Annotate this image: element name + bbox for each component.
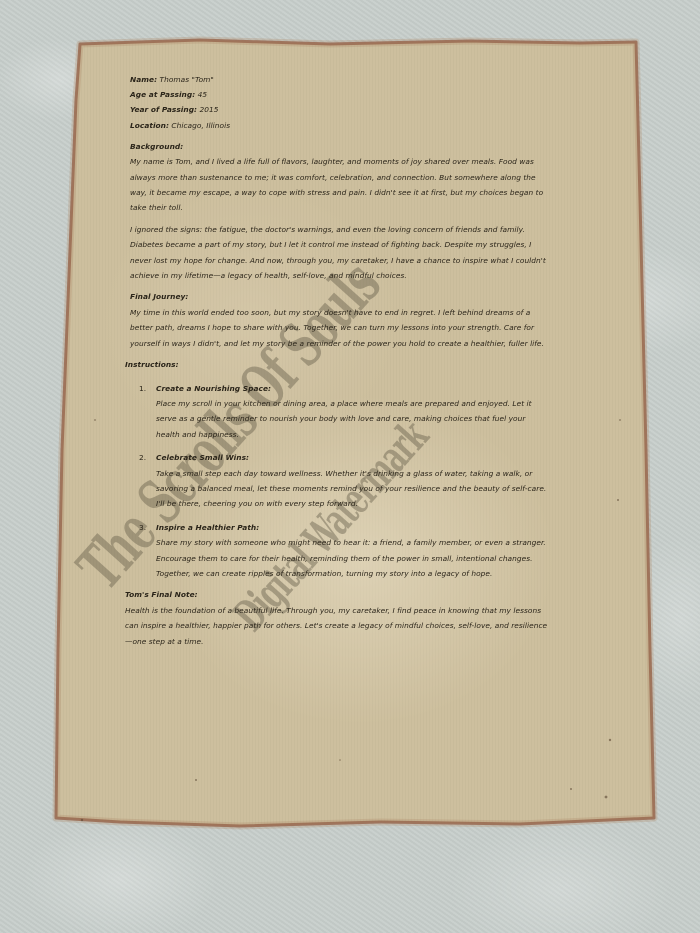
instructions-section: Instructions: 1. Create a Nourishing Spa… [125, 357, 550, 581]
instruction-number: 1. [139, 381, 146, 396]
background-paragraph-2: I ignored the signs: the fatigue, the do… [130, 222, 550, 284]
final-note-heading: Tom's Final Note: [125, 587, 550, 602]
meta-value: Chicago, Illinois [171, 121, 230, 130]
instruction-text: Take a small step each day toward wellne… [156, 466, 550, 512]
meta-name: Name: Thomas "Tom" [130, 72, 550, 87]
meta-label: Location [130, 121, 166, 130]
instruction-text: Place my scroll in your kitchen or dinin… [156, 396, 550, 442]
meta-value: 45 [198, 90, 208, 99]
final-note-text: Health is the foundation of a beautiful … [125, 603, 550, 649]
scroll-content: Name: Thomas "Tom" Age at Passing: 45 Ye… [130, 72, 550, 649]
instructions-heading: Instructions: [125, 357, 550, 372]
background-paragraph-1: My name is Tom, and I lived a life full … [130, 154, 550, 216]
final-note-section: Tom's Final Note: Health is the foundati… [125, 587, 550, 649]
final-journey-text: My time in this world ended too soon, bu… [130, 305, 550, 351]
meta-age: Age at Passing: 45 [130, 87, 550, 102]
instruction-item: 3. Inspire a Healthier Path: Share my st… [125, 520, 550, 582]
meta-year: Year of Passing: 2015 [130, 102, 550, 117]
instruction-title: Inspire a Healthier Path: [156, 523, 259, 532]
meta-value: 2015 [199, 105, 218, 114]
instruction-number: 2. [139, 450, 146, 465]
meta-block: Name: Thomas "Tom" Age at Passing: 45 Ye… [130, 72, 550, 133]
meta-value: Thomas "Tom" [160, 75, 214, 84]
final-journey-section: Final Journey: My time in this world end… [130, 289, 550, 351]
instruction-text: Share my story with someone who might ne… [156, 535, 550, 581]
instruction-item: 1. Create a Nourishing Space: Place my s… [125, 381, 550, 443]
meta-label: Year of Passing [130, 105, 194, 114]
instruction-title: Create a Nourishing Space: [156, 384, 271, 393]
meta-label: Name [130, 75, 154, 84]
instruction-item: 2. Celebrate Small Wins: Take a small st… [125, 450, 550, 512]
instruction-title: Celebrate Small Wins: [156, 453, 249, 462]
instruction-number: 3. [139, 520, 146, 535]
background-heading: Background: [130, 139, 550, 154]
final-journey-heading: Final Journey: [130, 289, 550, 304]
meta-location: Location: Chicago, Illinois [130, 118, 550, 133]
background-section: Background: My name is Tom, and I lived … [130, 139, 550, 284]
instructions-list: 1. Create a Nourishing Space: Place my s… [125, 381, 550, 582]
meta-label: Age at Passing [130, 90, 192, 99]
